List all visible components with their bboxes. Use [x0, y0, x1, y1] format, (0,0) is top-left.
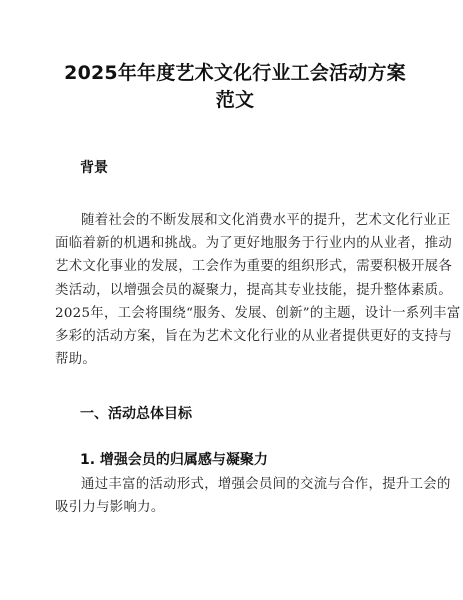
document-page: 2025年年度艺术文化行业工会活动方案 范文 背景 随着社会的不断发展和文化消费…: [0, 0, 463, 600]
paragraph-line: 随着社会的不断发展和文化消费水平的提升，艺术文化行业正: [55, 209, 411, 232]
paragraph-line: 帮助。: [55, 348, 411, 371]
background-paragraph: 随着社会的不断发展和文化消费水平的提升，艺术文化行业正 面临着新的机遇和挑战。为…: [55, 209, 411, 371]
cohesion-paragraph: 通过丰富的活动形式，增强会员间的交流与合作，提升工会的 吸引力与影响力。: [55, 473, 411, 519]
section-heading-background: 背景: [80, 157, 108, 177]
title-line-1: 2025年年度艺术文化行业工会活动方案: [40, 60, 430, 87]
paragraph-line: 面临着新的机遇和挑战。为了更好地服务于行业内的从业者，推动: [55, 232, 411, 255]
paragraph-line: 类活动，以增强会员的凝聚力，提高其专业技能，提升整体素质。: [55, 279, 411, 302]
section-heading-goals: 一、活动总体目标: [80, 403, 192, 423]
paragraph-line: 通过丰富的活动形式，增强会员间的交流与合作，提升工会的: [55, 473, 411, 496]
document-title: 2025年年度艺术文化行业工会活动方案 范文: [40, 60, 430, 114]
paragraph-line: 2025年，工会将围绕“服务、发展、创新”的主题，设计一系列丰富: [55, 302, 411, 325]
title-line-2: 范文: [40, 87, 430, 114]
paragraph-line: 艺术文化事业的发展，工会作为重要的组织形式，需要积极开展各: [55, 255, 411, 278]
subsection-heading-cohesion: 1. 增强会员的归属感与凝聚力: [80, 449, 268, 469]
paragraph-line: 吸引力与影响力。: [55, 496, 411, 519]
paragraph-line: 多彩的活动方案，旨在为艺术文化行业的从业者提供更好的支持与: [55, 325, 411, 348]
